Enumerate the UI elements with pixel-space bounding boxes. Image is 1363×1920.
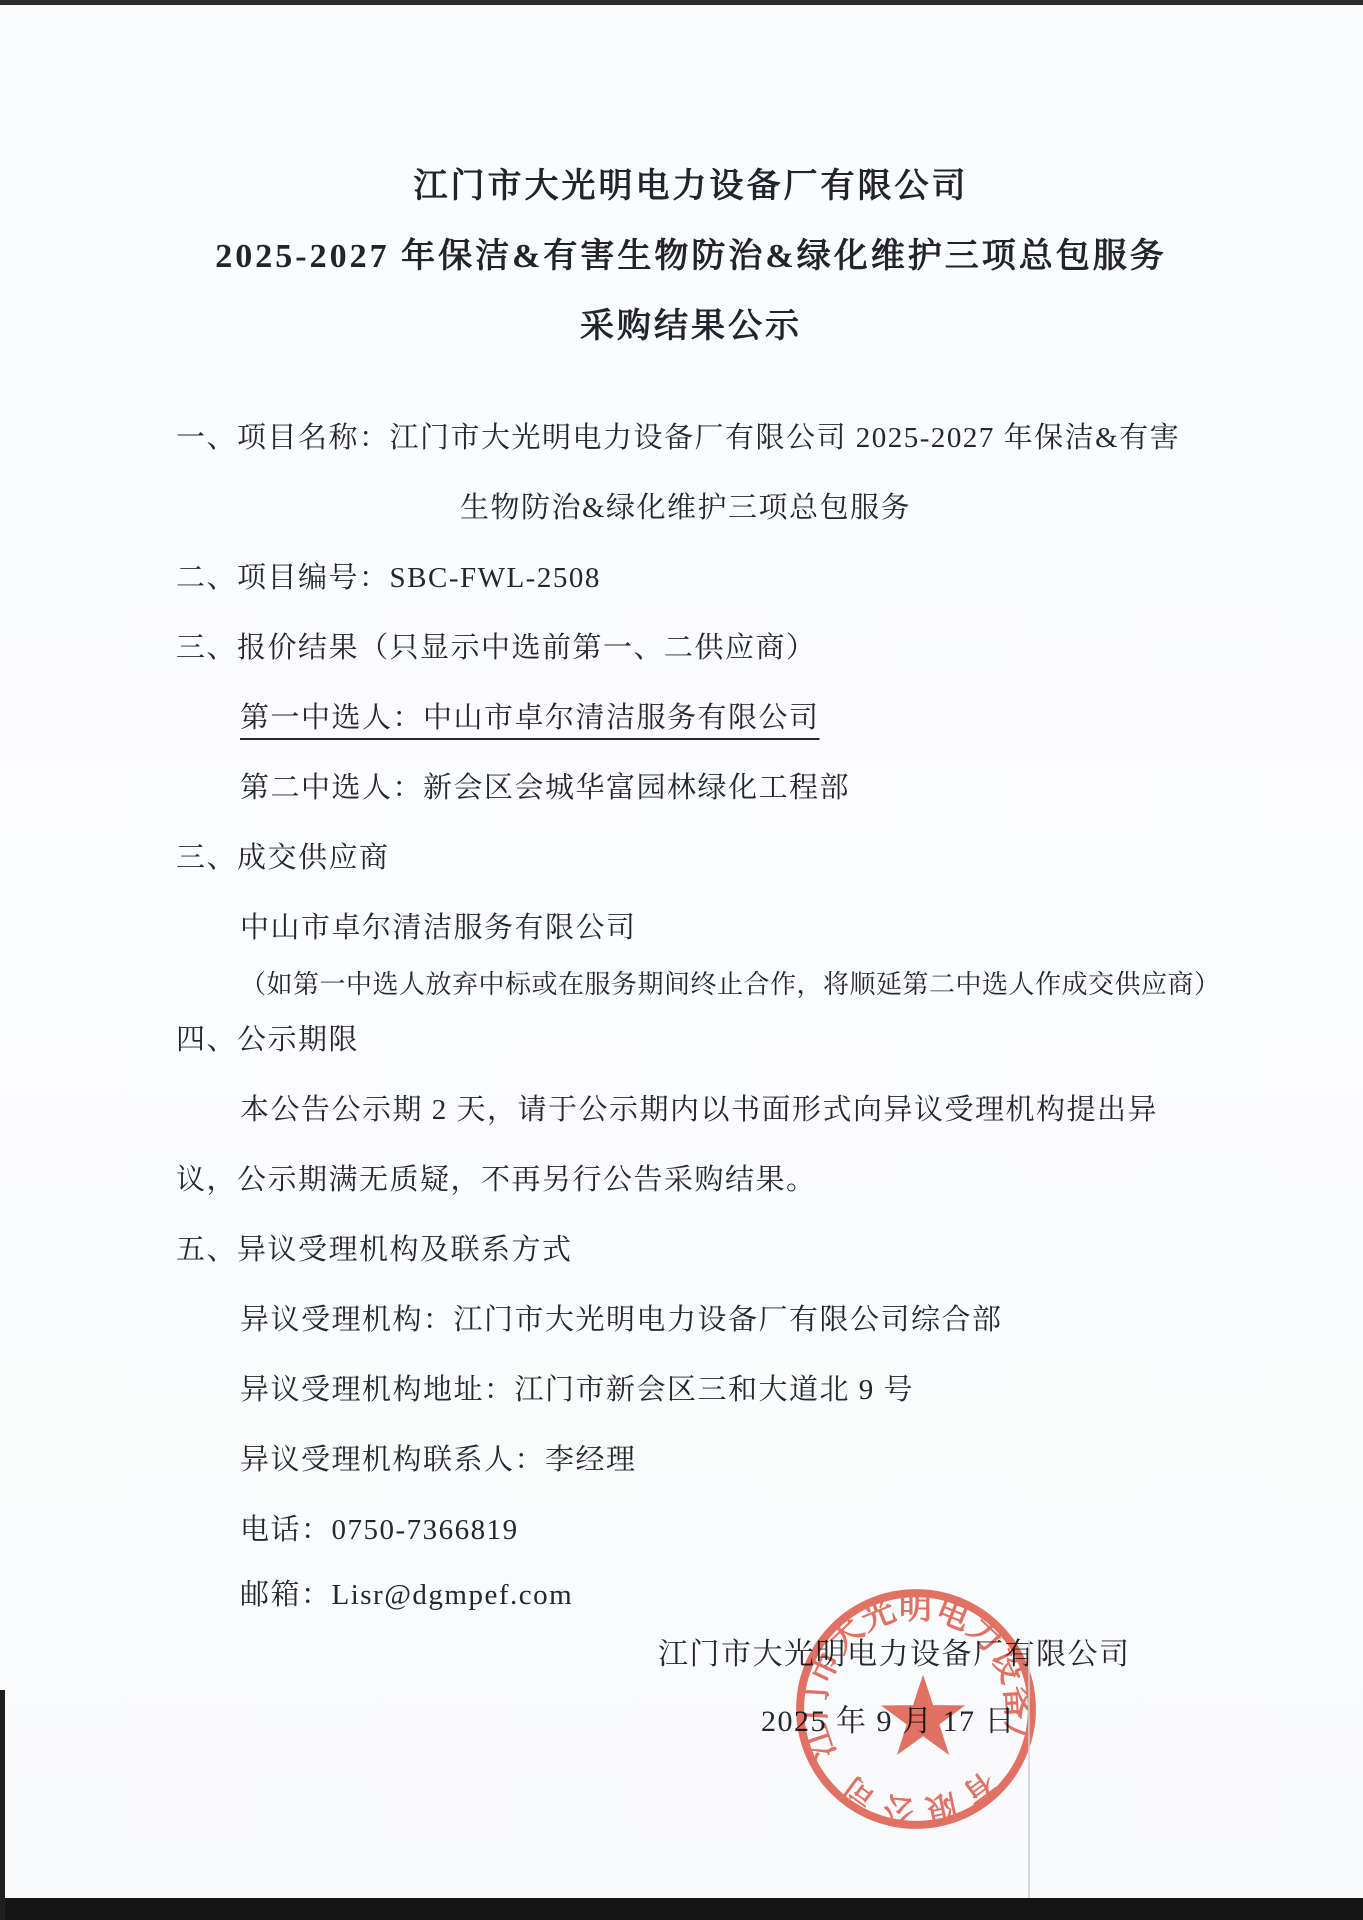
- scan-artifact-line: [1028, 1640, 1030, 1898]
- section-heading: 四、公示期限: [176, 1020, 359, 1060]
- body-line: 第一中选人：中山市卓尔清洁服务有限公司: [240, 698, 820, 738]
- body-line: 生物防治&绿化维护三项总包服务: [460, 488, 911, 528]
- body-line: 邮箱：Lisr@dgmpef.com: [240, 1575, 573, 1615]
- section-heading: 一、项目名称：江门市大光明电力设备厂有限公司 2025-2027 年保洁&有害: [176, 418, 1180, 458]
- body-line: 中山市卓尔清洁服务有限公司: [240, 908, 637, 948]
- note-line: （如第一中选人放弃中标或在服务期间终止合作，将顺延第二中选人作成交供应商）: [240, 965, 1221, 1005]
- company-seal-stamp: 江门市大光明电力设备厂 有限公司: [785, 1578, 1047, 1840]
- body-line: 异议受理机构地址：江门市新会区三和大道北 9 号: [240, 1370, 914, 1410]
- doc-title-company: 江门市大光明电力设备厂有限公司: [176, 152, 1206, 222]
- section-heading: 三、报价结果（只显示中选前第一、二供应商）: [176, 628, 817, 668]
- section-heading: 三、成交供应商: [176, 838, 390, 878]
- stamp-bottom-text: 有限公司: [831, 1765, 1001, 1828]
- section-heading: 五、异议受理机构及联系方式: [176, 1230, 573, 1270]
- section-heading: 二、项目编号：SBC-FWL-2508: [176, 558, 601, 598]
- body-line: 异议受理机构：江门市大光明电力设备厂有限公司综合部: [240, 1300, 1003, 1340]
- body-line: 第二中选人：新会区会城华富园林绿化工程部: [240, 768, 850, 808]
- title-block: 江门市大光明电力设备厂有限公司 2025-2027 年保洁&有害生物防治&绿化维…: [176, 152, 1206, 362]
- scan-edge-bottom: [0, 1898, 1363, 1920]
- scan-edge-top: [0, 0, 1363, 5]
- body-line: 电话：0750-7366819: [240, 1510, 519, 1550]
- doc-title-project: 2025-2027 年保洁&有害生物防治&绿化维护三项总包服务: [176, 222, 1206, 292]
- body-line: 议，公示期满无质疑，不再另行公告采购结果。: [176, 1160, 817, 1200]
- scanned-document-sheet: 江门市大光明电力设备厂有限公司 2025-2027 年保洁&有害生物防治&绿化维…: [0, 0, 1363, 1920]
- svg-text:有限公司: 有限公司: [831, 1765, 1001, 1828]
- scan-edge-left: [0, 1690, 5, 1920]
- doc-title-announcement: 采购结果公示: [176, 292, 1206, 362]
- body-line: 本公告公示期 2 天，请于公示期内以书面形式向异议受理机构提出异: [240, 1090, 1158, 1130]
- body-line: 异议受理机构联系人：李经理: [240, 1440, 637, 1480]
- star-icon: [881, 1675, 965, 1755]
